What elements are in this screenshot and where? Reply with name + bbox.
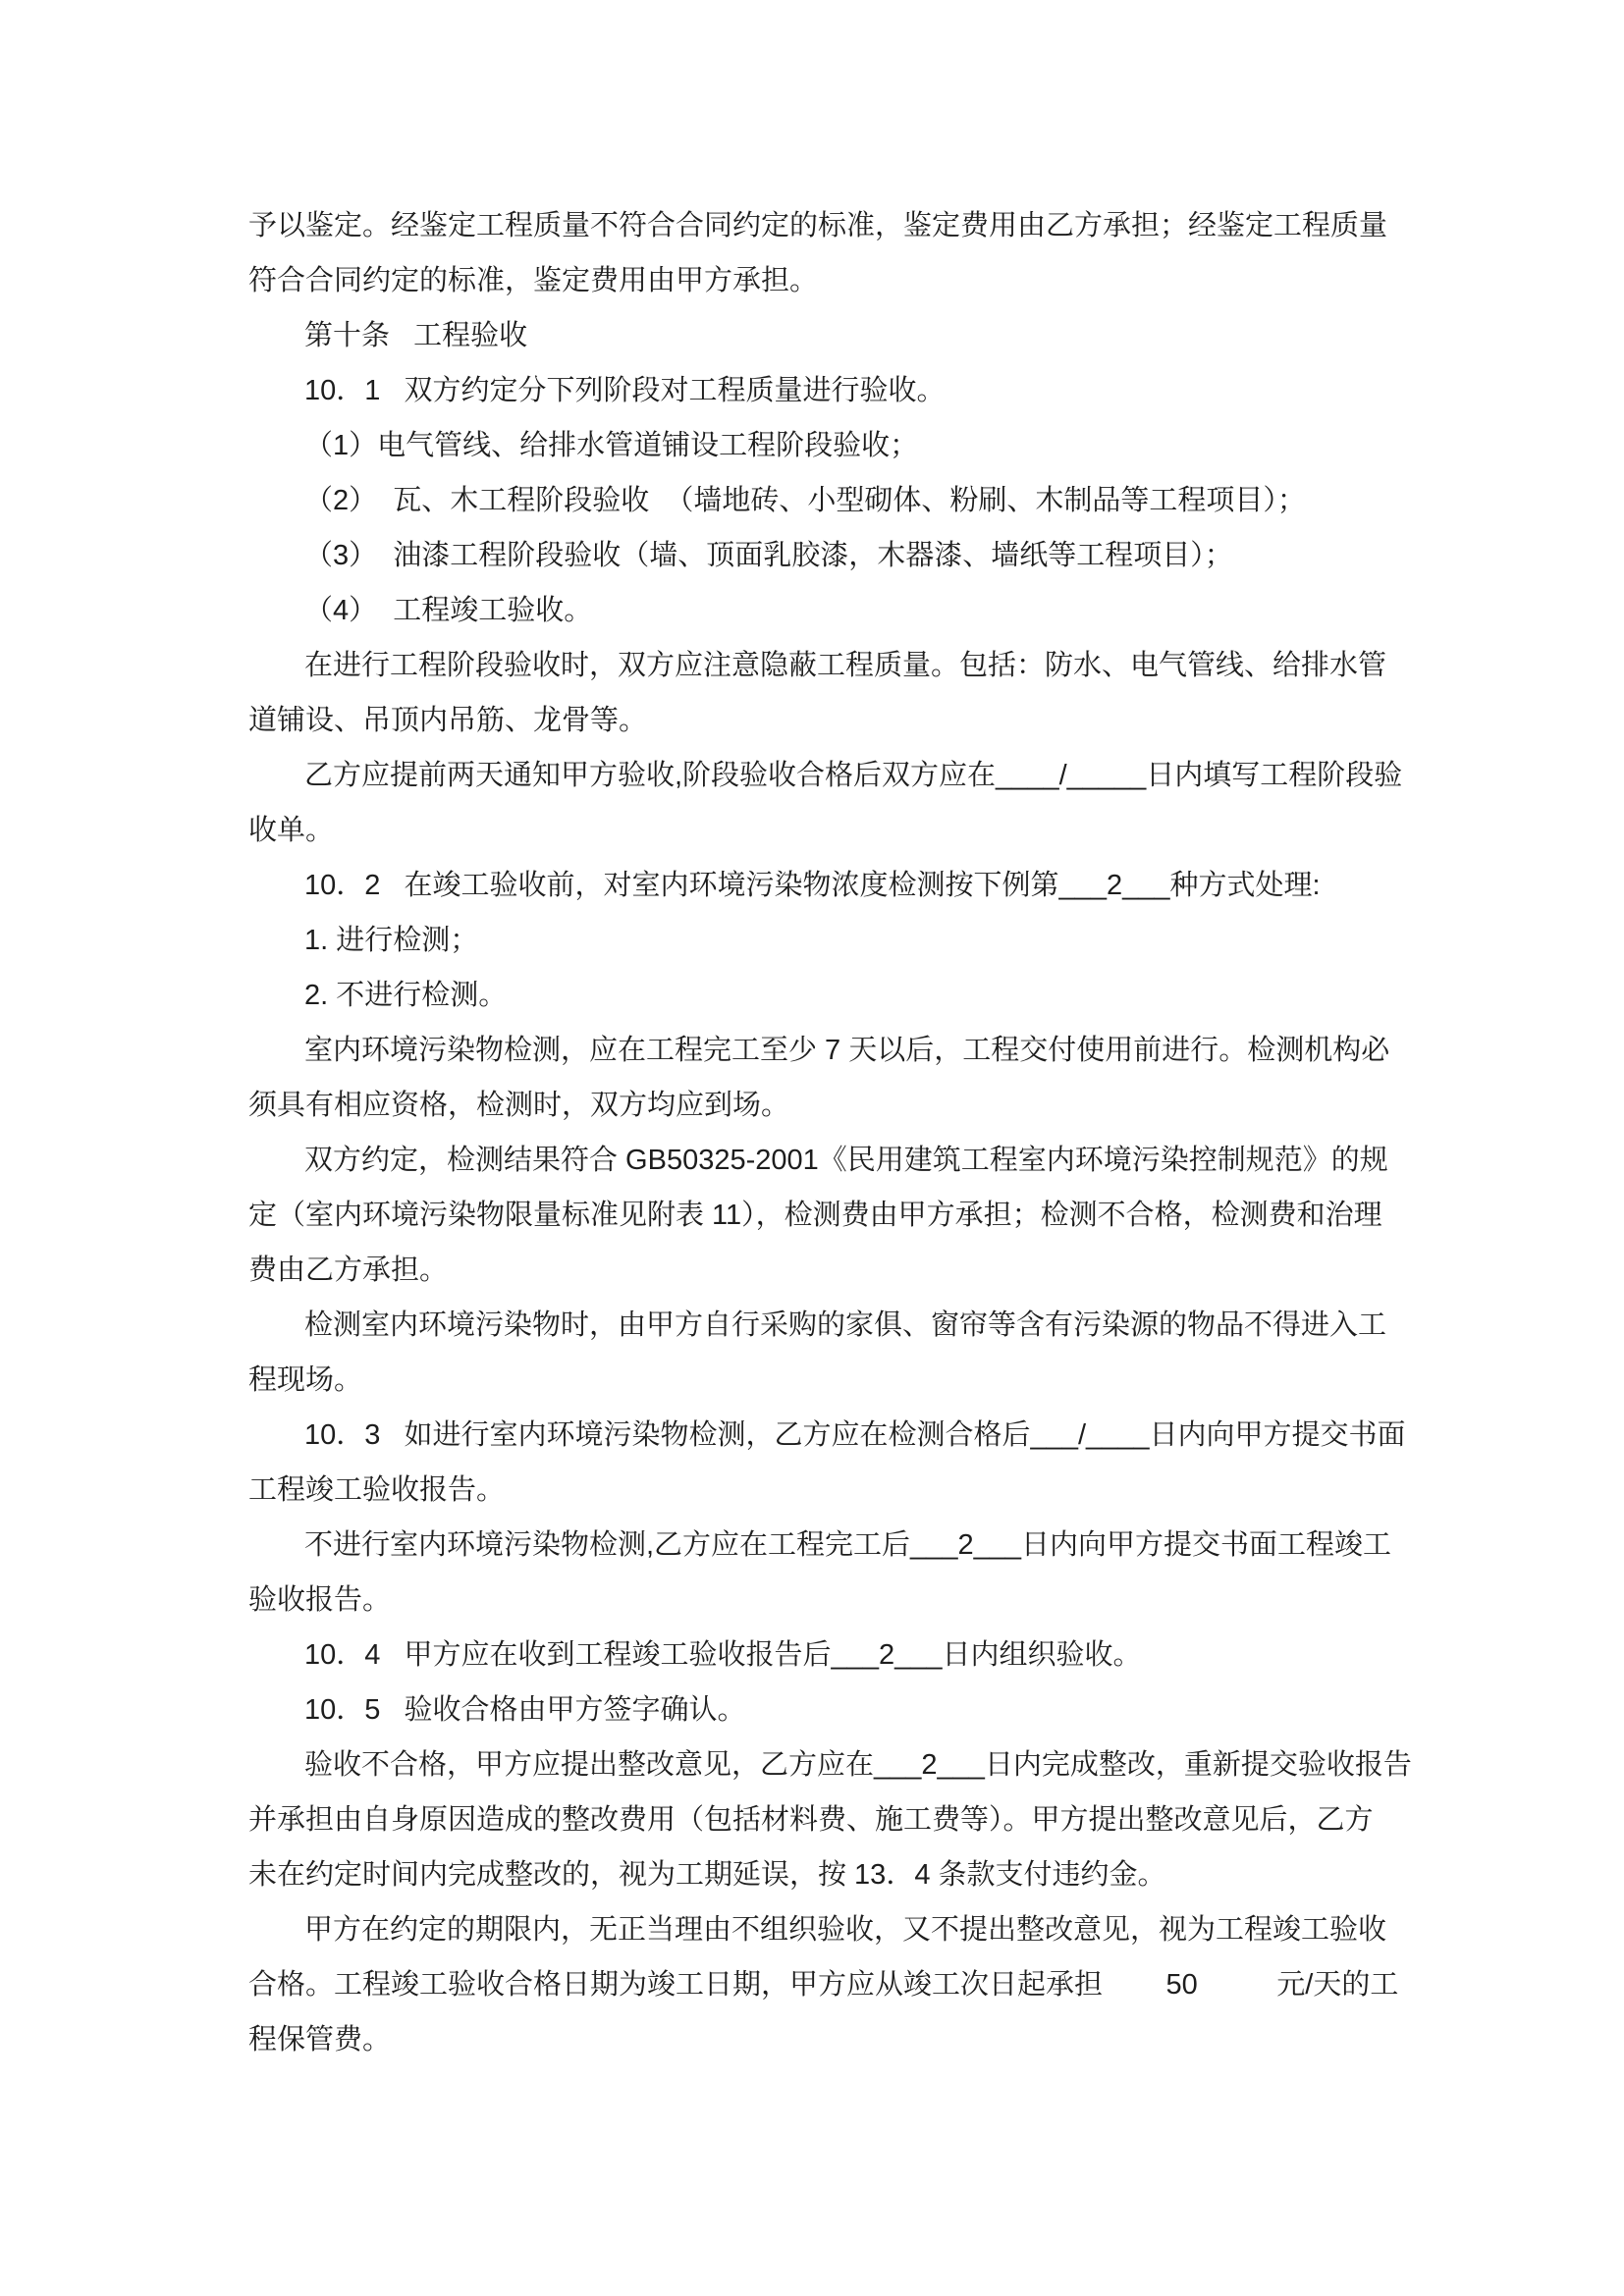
paragraph-line: 程保管费。 [248, 2012, 1392, 2067]
paragraph-line: 在进行工程阶段验收时，双方应注意隐蔽工程质量。包括：防水、电气管线、给排水管 [248, 638, 1392, 693]
paragraph-line: 道铺设、吊顶内吊筋、龙骨等。 [248, 693, 1392, 748]
paragraph-line: 合格。工程竣工验收合格日期为竣工日期，甲方应从竣工次日起承担 50 元/天的工 [248, 1957, 1392, 2012]
paragraph-line: 乙方应提前两天通知甲方验收,阶段验收合格后双方应在____/_____日内填写工… [248, 748, 1392, 803]
clause-10-5: 10．5 验收合格由甲方签字确认。 [248, 1682, 1392, 1737]
paragraph-line: 费由乙方承担。 [248, 1243, 1392, 1298]
paragraph-line: 符合合同约定的标准，鉴定费用由甲方承担。 [248, 253, 1392, 308]
paragraph-line: 验收报告。 [248, 1573, 1392, 1628]
document-text-block: 予以鉴定。经鉴定工程质量不符合合同约定的标准，鉴定费用由乙方承担；经鉴定工程质量… [248, 198, 1392, 2067]
paragraph-line: 并承担由自身原因造成的整改费用（包括材料费、施工费等）。甲方提出整改意见后，乙方 [248, 1792, 1392, 1847]
paragraph-line: 程现场。 [248, 1353, 1392, 1408]
list-item-4: （4） 工程竣工验收。 [248, 583, 1392, 638]
paragraph-line: 室内环境污染物检测，应在工程完工至少 7 天以后，工程交付使用前进行。检测机构必 [248, 1023, 1392, 1078]
option-item-1: 1. 进行检测； [248, 913, 1392, 968]
list-item-1: （1）电气管线、给排水管道铺设工程阶段验收； [248, 418, 1392, 473]
paragraph-line: 检测室内环境污染物时，由甲方自行采购的家俱、窗帘等含有污染源的物品不得进入工 [248, 1298, 1392, 1353]
paragraph-line: 定（室内环境污染物限量标准见附表 11），检测费由甲方承担；检测不合格，检测费和… [248, 1188, 1392, 1243]
clause-10-4: 10．4 甲方应在收到工程竣工验收报告后___2___日内组织验收。 [248, 1628, 1392, 1682]
clause-10-1: 10．1 双方约定分下列阶段对工程质量进行验收。 [248, 363, 1392, 418]
option-item-2: 2. 不进行检测。 [248, 968, 1392, 1023]
paragraph-line: 不进行室内环境污染物检测,乙方应在工程完工后___2___日内向甲方提交书面工程… [248, 1518, 1392, 1573]
paragraph-line: 须具有相应资格，检测时，双方均应到场。 [248, 1078, 1392, 1133]
paragraph-line: 工程竣工验收报告。 [248, 1463, 1392, 1518]
scanned-contract-page: 予以鉴定。经鉴定工程质量不符合合同约定的标准，鉴定费用由乙方承担；经鉴定工程质量… [0, 0, 1624, 2296]
paragraph-line: 双方约定，检测结果符合 GB50325-2001《民用建筑工程室内环境污染控制规… [248, 1133, 1392, 1188]
paragraph-line: 予以鉴定。经鉴定工程质量不符合合同约定的标准，鉴定费用由乙方承担；经鉴定工程质量 [248, 198, 1392, 253]
paragraph-line: 未在约定时间内完成整改的，视为工期延误，按 13．4 条款支付违约金。 [248, 1847, 1392, 1902]
paragraph-line: 甲方在约定的期限内，无正当理由不组织验收，又不提出整改意见，视为工程竣工验收 [248, 1902, 1392, 1957]
clause-10-3: 10．3 如进行室内环境污染物检测，乙方应在检测合格后___/____日内向甲方… [248, 1408, 1392, 1463]
paragraph-line: 收单。 [248, 803, 1392, 858]
list-item-3: （3） 油漆工程阶段验收（墙、顶面乳胶漆，木器漆、墙纸等工程项目）； [248, 528, 1392, 583]
section-heading: 第十条 工程验收 [248, 308, 1392, 363]
paragraph-line: 验收不合格，甲方应提出整改意见，乙方应在___2___日内完成整改，重新提交验收… [248, 1737, 1392, 1792]
list-item-2: （2） 瓦、木工程阶段验收 （墙地砖、小型砌体、粉刷、木制品等工程项目）； [248, 473, 1392, 528]
clause-10-2: 10．2 在竣工验收前，对室内环境污染物浓度检测按下例第___2___种方式处理… [248, 858, 1392, 913]
